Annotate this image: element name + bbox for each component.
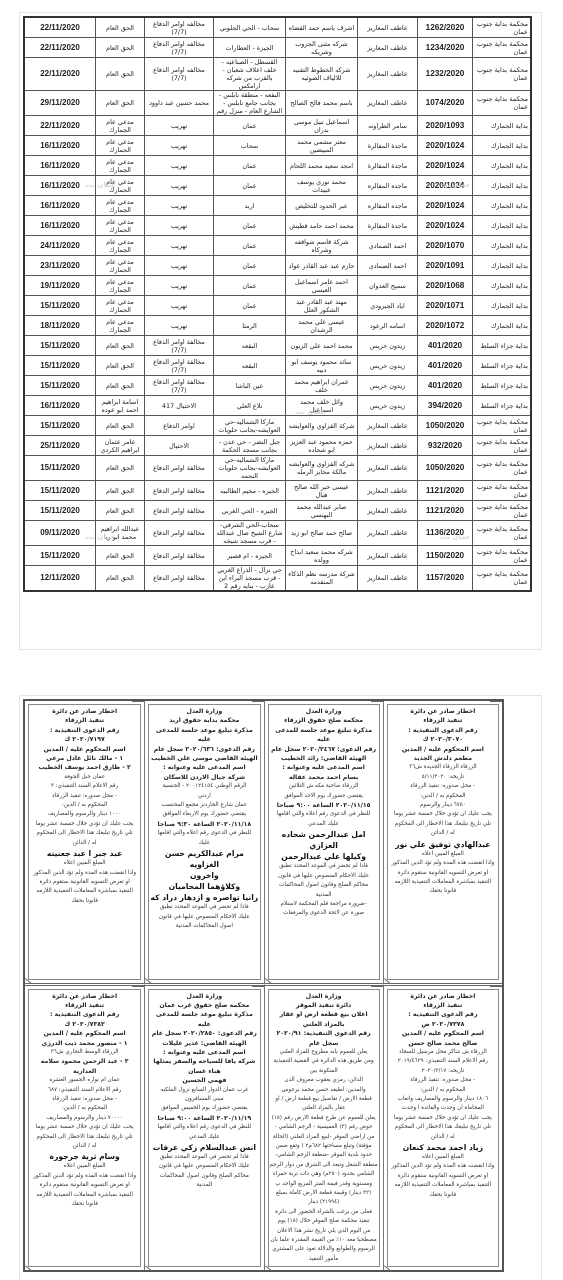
address-cell: البقعه - منطقة نابلس - بجانب جامع نابلس … bbox=[214, 91, 286, 116]
notice-line: عقار بالمزاد العلني bbox=[270, 1104, 378, 1113]
defendant-cell: شركه القزاوي والعوايشه مالكة مخابز الرمل… bbox=[286, 456, 358, 481]
notice-line: قطعة الارض / تفاصيل بيع قطعة ارض / او bbox=[270, 1095, 378, 1104]
notice-line: يجب عليك ان تؤدي خلال خمسة عشر يوما bbox=[30, 820, 139, 829]
case-number-cell: 1157/2020 bbox=[418, 566, 473, 592]
notice-line: اصول المحاكمات المدنية bbox=[150, 922, 258, 931]
notice-line: الزرقاء ش شاكر محل مرسيل للسجاد bbox=[389, 1048, 497, 1057]
plaintiff-cell: الحق العام bbox=[96, 376, 145, 396]
plaintiff-cell: الحق العام bbox=[96, 416, 145, 436]
court-name-cell: بداية جزاء السلط bbox=[473, 376, 532, 396]
table-row: محكمة بداية جنوب عمان1121/2020عاطف المغا… bbox=[24, 481, 531, 501]
folded-corner-icon bbox=[145, 1258, 157, 1270]
watermark: عمان نت bbox=[295, 408, 326, 416]
charge-cell: تهريب bbox=[145, 156, 214, 176]
plaintiff-cell: الحق العام bbox=[96, 17, 145, 38]
defendant-cell: محمد احمد علي الزيون bbox=[286, 336, 358, 356]
notice-line: (٣٢ دينار) وقيمة قطعة الارض كاملة بمبلغ bbox=[270, 1189, 378, 1198]
charge-cell: تهريب bbox=[145, 176, 214, 196]
charge-cell: مخالفة اوامر الدفاع bbox=[145, 521, 214, 546]
court-name-cell: بداية جزاء السلط bbox=[473, 356, 532, 376]
notice-line: ١ - مالك نائل عادل مرعي bbox=[30, 754, 139, 763]
defendant-cell: محمد احمد حامد قطيش bbox=[286, 216, 358, 236]
notice-party-name: عبد جبر ا عبد جعنيته bbox=[30, 848, 139, 859]
legal-notice: اخطار صادر عن دائرةتنفيذ الزرقاءرقم الدع… bbox=[25, 701, 144, 986]
address-cell: البقعه bbox=[214, 336, 286, 356]
notice-line: الهيئة القاضي موسى علي الخطيب bbox=[150, 754, 258, 763]
notice-line: تلي تاريخ تبليغك هذا الاخطار الى المحكوم bbox=[389, 820, 497, 829]
plaintiff-cell: الحق العام bbox=[96, 456, 145, 481]
court-name-cell: بداية الجمارك bbox=[473, 196, 532, 216]
legal-notice: وزارة العدلمحكمة بداية حقوق اربدمذكرة تب… bbox=[144, 701, 263, 986]
legal-notice: اخطار صادر عن دائرةتنفيذ الزرقاءرقم الدع… bbox=[383, 986, 502, 1271]
table-row: محكمة بداية جنوب عمان1050/2020عاطف المغا… bbox=[24, 416, 531, 436]
notice-line: له / الدائن bbox=[30, 839, 139, 848]
judge-cell: عاطف المغاريز bbox=[358, 436, 418, 456]
plaintiff-cell: الحق العام bbox=[96, 91, 145, 116]
legal-notice: وزارة العدلمحكمة صلح حقوق غرب عمانمذكرة … bbox=[144, 986, 263, 1271]
notice-line: قانونا بحقك bbox=[30, 897, 139, 906]
judge-cell: سامر الطراونه bbox=[358, 116, 418, 136]
hearing-date-cell: 16/11/2020 bbox=[24, 136, 96, 156]
judge-cell: ماجده المفالره bbox=[358, 196, 418, 216]
judge-cell: عاطف المغاريز bbox=[358, 481, 418, 501]
notice-line: الزرقاء ضاحية مكه ش الثلاثين bbox=[270, 782, 378, 791]
hearing-date-cell: 12/11/2020 bbox=[24, 566, 96, 592]
notice-line: المدنية bbox=[270, 891, 378, 900]
judge-cell: عاطف المغاريز bbox=[358, 546, 418, 566]
charge-cell: تهريب bbox=[145, 316, 214, 336]
notice-line: تنفيذ الزرقاء bbox=[30, 1001, 139, 1010]
notice-party-name: امل عبدالرحمن شحاده العزازي bbox=[270, 829, 378, 851]
notice-line: شركة جبال الاردن للاسكان bbox=[150, 773, 258, 782]
notice-line: يجب عليك ان تؤدي خلال خمسة عشر يوما bbox=[30, 1123, 139, 1132]
plaintiff-cell: الحق العام bbox=[96, 356, 145, 376]
plaintiff-cell: مدعي عام الجمارك bbox=[96, 316, 145, 336]
notice-line: الهيئة القاضي: رائد الخطيب bbox=[270, 754, 378, 763]
notice-line: الهيئة القاضي: غدير عليلات bbox=[150, 1039, 258, 1048]
defendant-cell: شركة قاسم شواقفه وشركاه bbox=[286, 236, 358, 256]
notice-line: مذكرة تبليغ موعد جلسة للمدعى عليه bbox=[150, 1010, 258, 1029]
notice-line: صورة عن لائحة الدعوى والمرفقات bbox=[270, 909, 378, 918]
case-number-cell: 1150/2020 bbox=[418, 546, 473, 566]
notice-line: ٢٠٢٠/٧١٩٧ ك bbox=[30, 735, 139, 744]
notice-line: المتكونة بين bbox=[270, 1067, 378, 1076]
folded-corner-icon bbox=[265, 1258, 277, 1270]
hearing-date-cell: 29/11/2020 bbox=[24, 91, 96, 116]
notice-line: اسم المحكوم عليه / المدين bbox=[389, 1029, 497, 1038]
plaintiff-cell: الحق العام bbox=[96, 336, 145, 356]
judge-cell: عاطف المغاريز bbox=[358, 58, 418, 91]
court-name-cell: محكمة بداية جنوب عمان bbox=[473, 521, 532, 546]
notice-line: يقتضي حضورك يوم الاحد الموافق bbox=[270, 792, 378, 801]
address-cell: عمان bbox=[214, 236, 286, 256]
notice-line: مذكرة تبليغ موعد جلسة للمدعى عليه bbox=[270, 726, 378, 745]
notice-line: واذا انقضت هذه المدة ولم تؤد الدين المذك… bbox=[389, 859, 497, 868]
notice-line: منطقة الشغل وتبعد الى الشرق من دوار الرج… bbox=[270, 1161, 378, 1170]
defendant-cell: باسم محمد فالح الصالح bbox=[286, 91, 358, 116]
hearing-date-cell: 19/11/2020 bbox=[24, 276, 96, 296]
case-number-cell: 401/2020 bbox=[418, 336, 473, 356]
court-name-cell: محكمة بداية جنوب عمان bbox=[473, 416, 532, 436]
table-row: بداية جزاء السلط401/2020زيدون خريسسائد م… bbox=[24, 356, 531, 376]
judge-cell: اياد الجبرودي bbox=[358, 296, 418, 316]
table-row: بداية الجمارك2020/1024ماجدة المفالرةامجد… bbox=[24, 156, 531, 176]
table-row: بداية الجمارك2020/1068سميح العدواناحمد ع… bbox=[24, 276, 531, 296]
judge-cell: عاطف المغاريز bbox=[358, 501, 418, 521]
notice-line: عمان شارع الجاردنز مجمع المحتسب bbox=[150, 801, 258, 810]
table-row: محكمة بداية جنوب عمان932/2020عاطف المغار… bbox=[24, 436, 531, 456]
legal-notice: اخطار صادر عن دائرةتنفيذ الزرقاءرقم الدع… bbox=[25, 986, 144, 1271]
case-number-cell: 2020/1024 bbox=[418, 216, 473, 236]
address-cell: الجيزه - ام قصير bbox=[214, 546, 286, 566]
notice-line: تنفيذ الزرقاء bbox=[389, 1001, 497, 1010]
plaintiff-cell: عامر عثمان ابراهيم الكردي bbox=[96, 436, 145, 456]
judge-cell: عاطف المغاريز bbox=[358, 456, 418, 481]
hearing-date-cell: 16/11/2020 bbox=[24, 396, 96, 416]
plaintiff-cell: مدعي عام الجمارك bbox=[96, 196, 145, 216]
notice-line: رقم الدعوى: ٢٠٢٠/٢٨٥٠ سجل عام bbox=[150, 1029, 258, 1038]
hearing-date-cell: 24/11/2020 bbox=[24, 236, 96, 256]
notice-line: ٢٠٢٠/٧٣٧٨ ص bbox=[389, 1020, 497, 1029]
charge-cell: مخالفه اوامر الدفاع (7/7) bbox=[145, 17, 214, 38]
defendant-cell: امجد سعيد محمد اللحام bbox=[286, 156, 358, 176]
notice-line: فهمي الحسين bbox=[150, 1076, 258, 1085]
notice-line: تنفيذ الزرقاء bbox=[30, 716, 139, 725]
hearing-date-cell: 22/11/2020 bbox=[24, 17, 96, 38]
address-cell: ماركا الشماليه-حي العوايشه-بجانب حلويات … bbox=[214, 456, 286, 481]
hearing-date-cell: 16/11/2020 bbox=[24, 196, 96, 216]
case-number-cell: 2020/1072 bbox=[418, 316, 473, 336]
notice-party-name: عبدالهادي توفيق علي نور bbox=[389, 839, 497, 850]
notice-line: الشامي بحدود (٢٥٠م) وهي ذات تربة حمراء bbox=[270, 1170, 378, 1179]
notice-line: اسم المحكوم عليه / المدين bbox=[30, 1029, 139, 1038]
hearing-date-cell: 16/11/2020 bbox=[24, 216, 96, 236]
hearing-date-cell: 15/11/2020 bbox=[24, 336, 96, 356]
charge-cell: تهريب bbox=[145, 256, 214, 276]
judge-cell: ماجدة المفالرة bbox=[358, 156, 418, 176]
folded-corner-icon bbox=[384, 971, 396, 983]
notice-line: وزارة العدل bbox=[270, 992, 378, 1001]
judge-cell: سميح العدوان bbox=[358, 276, 418, 296]
plaintiff-cell: مدعي عام الجمارك bbox=[96, 296, 145, 316]
notice-line: من اراضي الموقر -لبيع المزاد العلني (الح… bbox=[270, 1133, 378, 1142]
address-cell: عمان bbox=[214, 176, 286, 196]
address-cell: عمان bbox=[214, 296, 286, 316]
plaintiff-cell: الحق العام bbox=[96, 566, 145, 592]
address-cell: حي نزال - الذراع الغربي - قرب مسجد البرا… bbox=[214, 566, 286, 592]
notice-line: - محل صدوره: تنفيذ الزرقاء bbox=[389, 1076, 497, 1085]
notice-line: وزارة العدل bbox=[150, 992, 258, 1001]
charge-cell: مخالفه اوامر الدفاع (7/7) bbox=[145, 58, 214, 91]
court-cases-table: محكمة بداية جنوب عمان1262/2020عاطف المغا… bbox=[23, 16, 532, 592]
defendant-cell: عيسى علي محمد الرشدان bbox=[286, 316, 358, 336]
notice-line: فاذا لم تحضر في الموعد المحدد تطبق bbox=[150, 1153, 258, 1162]
notice-line: عليك المدعي bbox=[270, 820, 378, 829]
court-name-cell: محكمة بداية جنوب عمان bbox=[473, 456, 532, 481]
case-number-cell: 401/2020 bbox=[418, 356, 473, 376]
notice-line: اخطار صادر عن دائرة bbox=[389, 707, 497, 716]
notice-line: المبلغ المبين اعلاه bbox=[30, 859, 139, 868]
notice-line: حوض رقم (٣) الغميسية - الرجم الشامي - bbox=[270, 1123, 378, 1132]
notice-line: مأمور التنفيذ bbox=[270, 1255, 378, 1264]
notice-line: المحكوم به / الدين: bbox=[389, 1086, 497, 1095]
notice-line: او تعرض التسويه القانونية ستقوم دائرة bbox=[389, 869, 497, 878]
notice-line: التنفيذ بمباشرة المعاملات التنفيذية اللا… bbox=[30, 887, 139, 896]
notice-line: قانونا بحقك bbox=[389, 1191, 497, 1200]
notice-line: صالح محمد صالح حسن bbox=[389, 1039, 497, 1048]
notice-line: رقم الدعوى: ٢٠٢٠/٦٣٦ سجل عام bbox=[150, 745, 258, 754]
case-number-cell: 1050/2020 bbox=[418, 456, 473, 481]
address-cell: سحاب bbox=[214, 136, 286, 156]
folded-corner-icon bbox=[265, 971, 277, 983]
judge-cell: ماجدة المفالرة bbox=[358, 136, 418, 156]
judge-cell: عاطف المغاريز bbox=[358, 521, 418, 546]
case-number-cell: 2020/1091 bbox=[418, 256, 473, 276]
notice-line: -ضرورة مراجعة قلم المحكمة لاستلام bbox=[270, 900, 378, 909]
notice-party-name: وكلاؤهما المحاميان bbox=[150, 881, 258, 892]
hearing-date-cell: 15/11/2020 bbox=[24, 501, 96, 521]
notice-line: الرسوم والطوابع والدلالة تعود على المشتر… bbox=[270, 1245, 378, 1254]
notice-line: واذا انقضت هذه المدة ولم تؤد الدين المذك… bbox=[30, 869, 139, 878]
notice-line: رقم الدعوى التنفيذية : bbox=[30, 726, 139, 735]
charge-cell: مخالفة اوامر الدفاع bbox=[145, 566, 214, 592]
defendant-cell: شركة مدرسه نظم الذكاء المتقدمه bbox=[286, 566, 358, 592]
notice-line: الزرقاء الزرقاء الجديدة ش٣٦ bbox=[389, 763, 497, 772]
notice-line: رقم الدعوى التنفيذية: ٢٠٢٠/٩١ سجل عام bbox=[270, 1029, 378, 1048]
notice-line: رقم الدعوى التنفيذية : bbox=[30, 1010, 139, 1019]
case-number-cell: 2020/1024 bbox=[418, 156, 473, 176]
court-name-cell: بداية الجمارك bbox=[473, 216, 532, 236]
charge-cell: مخالفة اوامر الدفاع bbox=[145, 481, 214, 501]
notice-line: اسم المدعى عليه وعنوانه : bbox=[270, 763, 378, 772]
notice-party-name: زياد احمد محمد كنعان bbox=[389, 1142, 497, 1153]
notice-line: ٢٠٢٠/٣٠٧٠ ك bbox=[389, 735, 497, 744]
notice-line: وزارة العدل bbox=[150, 707, 258, 716]
notice-line: يجب عليك ان تؤدي خلال خمسة عشر يوما bbox=[389, 810, 497, 819]
notice-line: اسم المدعى عليه وعنوانه : bbox=[150, 1048, 258, 1057]
hearing-date-cell: 22/11/2020 bbox=[24, 58, 96, 91]
defendant-cell: معتز مشمي محمد المبيضين bbox=[286, 136, 358, 156]
court-name-cell: بداية الجمارك bbox=[473, 256, 532, 276]
hearing-date-cell: 15/11/2020 bbox=[24, 356, 96, 376]
legal-notice: وزارة العدلمحكمة صلح حقوق الزرقاءمذكرة ت… bbox=[264, 701, 383, 986]
notice-line: والمدين: لطيفه حسن محمد برجوس bbox=[270, 1086, 378, 1095]
judge-cell: زيدون خريس bbox=[358, 356, 418, 376]
defendant-cell: صالح حمد صالح ابو زيد bbox=[286, 521, 358, 546]
notice-line: المحاماة ان وجدت والفائدة ا وجدت bbox=[389, 1104, 497, 1113]
address-cell: البقعه bbox=[214, 356, 286, 376]
notice-line: اردني bbox=[150, 792, 258, 801]
defendant-cell: احمد عامر اسماعيل العيسي bbox=[286, 276, 358, 296]
plaintiff-cell: الحق العام bbox=[96, 481, 145, 501]
case-number-cell: 2020/1093 bbox=[418, 116, 473, 136]
table-row: بداية جزاء السلط394/2020زيدون خريسوائل خ… bbox=[24, 396, 531, 416]
plaintiff-cell: مدعي عام الجمارك bbox=[96, 256, 145, 276]
notice-line: من اليوم الذي يلي تاريخ نشر هذا الاعلان bbox=[270, 1227, 378, 1236]
defendant-cell: عبر الحدود للتخليص bbox=[286, 196, 358, 216]
table-row: بداية الجمارك2020/1024ماجده المفالرهعبر … bbox=[24, 196, 531, 216]
table-row: بداية الجمارك2020/1091احمد الصماديحازم ع… bbox=[24, 256, 531, 276]
notice-line: ٢ - طارق احمد يوسف الخطيب bbox=[30, 763, 139, 772]
defendant-cell: مهند عبد القادر عبد الشكور العلل bbox=[286, 296, 358, 316]
defendant-cell: عمران ابراهيم محمد خلف bbox=[286, 376, 358, 396]
case-number-cell: 1074/2020 bbox=[418, 91, 473, 116]
charge-cell: تهريب bbox=[145, 216, 214, 236]
notice-line: مؤقتة) وتبلغ مساحتها ٦٨٢م٢ ) وتقع ضمن bbox=[270, 1142, 378, 1151]
hearing-date-cell: 16/11/2020 bbox=[24, 156, 96, 176]
judge-cell: ماجده المفالره bbox=[358, 176, 418, 196]
notice-party-name: وكيلها علي عبدالرحمن bbox=[270, 851, 378, 862]
notice-line: (٢١٩٩٤) دينار bbox=[270, 1198, 378, 1207]
address-cell: ماركا الشماليه-حي العوايشه-بجانب حلويات bbox=[214, 416, 286, 436]
hearing-date-cell: 23/11/2020 bbox=[24, 256, 96, 276]
charge-cell: مخالفة اوامر الدفاع (7/7) bbox=[145, 356, 214, 376]
judge-cell: اسامه الرعود bbox=[358, 316, 418, 336]
notice-line: مبنى المسافرون bbox=[150, 1095, 258, 1104]
hearing-date-cell: 15/11/2020 bbox=[24, 456, 96, 481]
folded-corner-icon bbox=[25, 1258, 37, 1270]
table-row: محكمة بداية جنوب عمان1262/2020عاطف المغا… bbox=[24, 17, 531, 38]
notice-line: الزرقاء الوسط التجاري ش٣٦ bbox=[30, 1048, 139, 1057]
watermark: عمان نت bbox=[85, 533, 116, 541]
folded-corner-icon bbox=[132, 701, 144, 714]
address-cell: عين الباشا bbox=[214, 376, 286, 396]
defendant-cell: شركه مثنى الحروب وشريكه bbox=[286, 38, 358, 58]
notice-line: دائرة تنفيذ الموقر bbox=[270, 1001, 378, 1010]
court-table-card: محكمة بداية جنوب عمان1262/2020عاطف المغا… bbox=[19, 12, 542, 650]
notice-line: اعلان بيع قطعة ارض او عقار بالمزاد العلن… bbox=[270, 1010, 378, 1029]
legal-notices-grid: اخطار صادر عن دائرةتنفيذ الزرقاءرقم الدع… bbox=[23, 699, 504, 1272]
legal-notices-card: اخطار صادر عن دائرةتنفيذ الزرقاءرقم الدع… bbox=[19, 695, 542, 1280]
plaintiff-cell: الحق العام bbox=[96, 38, 145, 58]
charge-cell: مخالفة اوامر الدفاع (7/7) bbox=[145, 336, 214, 356]
table-row: محكمة بداية جنوب عمان1121/2020عاطف المغا… bbox=[24, 501, 531, 521]
notice-line: مذكرة تبليغ موعد جلسة للمدعى عليه bbox=[150, 726, 258, 745]
plaintiff-cell: مدعي عام الجمارك bbox=[96, 156, 145, 176]
notice-line: ١٠٠٠ دينار والرسوم والمصاريف bbox=[30, 810, 139, 819]
address-cell: الجيزة - العطارات bbox=[214, 38, 286, 58]
notice-line: محكمة صلح حقوق غرب عمان bbox=[150, 1001, 258, 1010]
charge-cell: تهريب bbox=[145, 236, 214, 256]
notice-line: او تعرض التسويه القانونية ستقوم دائرة bbox=[30, 878, 139, 887]
hearing-date-cell: 15/11/2020 bbox=[24, 416, 96, 436]
table-row: بداية الجمارك2020/1024ماجدة المفالرةمحمد… bbox=[24, 216, 531, 236]
notice-line: - محل صدوره: تنفيذ الزرقاء bbox=[389, 782, 497, 791]
judge-cell: ماجدة المفالرة bbox=[358, 216, 418, 236]
legal-notice: وزارة العدلدائرة تنفيذ الموقراعلان بيع ق… bbox=[264, 986, 383, 1271]
folded-corner-icon bbox=[252, 986, 264, 999]
notice-line: عمان جبل الجوفة bbox=[30, 773, 139, 782]
table-row: بداية جزاء السلط401/2020زيدون خريسعمران … bbox=[24, 376, 531, 396]
address-cell: الجيزه - الحي الغربي bbox=[214, 501, 286, 521]
case-number-cell: 401/2020 bbox=[418, 376, 473, 396]
folded-corner-icon bbox=[384, 1258, 396, 1270]
defendant-cell: اسماعيل نبيل موسى بدران bbox=[286, 116, 358, 136]
hearing-date-cell: 22/11/2020 bbox=[24, 38, 96, 58]
case-number-cell: 1050/2020 bbox=[418, 416, 473, 436]
charge-cell: تهريب bbox=[145, 136, 214, 156]
notice-party-name: مرام عبدالكريم حسن الغزاويه bbox=[150, 848, 258, 870]
notice-line: التنفيذ بمباشرة المعاملات التنفيذية اللا… bbox=[389, 1181, 497, 1190]
court-name-cell: محكمة بداية جنوب عمان bbox=[473, 436, 532, 456]
notice-line: المحكوم به / الدين: bbox=[30, 1104, 139, 1113]
charge-cell: مخالفة اوامر الدفاع bbox=[145, 546, 214, 566]
table-row: محكمة بداية جنوب عمان1232/2020عاطف المغا… bbox=[24, 58, 531, 91]
court-name-cell: بداية الجمارك bbox=[473, 136, 532, 156]
folded-corner-icon bbox=[371, 986, 383, 999]
court-name-cell: بداية الجمارك bbox=[473, 116, 532, 136]
case-number-cell: 2020/1024 bbox=[418, 196, 473, 216]
notice-party-name: انس عبدالسلام زكي عرفات bbox=[150, 1142, 258, 1153]
charge-cell: تهريب bbox=[145, 276, 214, 296]
case-number-cell: 1121/2020 bbox=[418, 481, 473, 501]
hearing-date-cell: 15/11/2020 bbox=[24, 546, 96, 566]
folded-corner-icon bbox=[371, 701, 383, 714]
defendant-cell: شركه محمد سعيد ابداح وولده bbox=[286, 546, 358, 566]
case-number-cell: 394/2020 bbox=[418, 396, 473, 416]
notice-line: عليك الاحكام المنصوص عليها في قانون bbox=[270, 872, 378, 881]
folded-corner-icon bbox=[132, 986, 144, 999]
notice-line: واذا انقضت هذه المدة ولم تؤد الدين المذك… bbox=[389, 1162, 497, 1171]
court-name-cell: محكمة بداية جنوب عمان bbox=[473, 17, 532, 38]
court-name-cell: بداية جزاء السلط bbox=[473, 336, 532, 356]
address-cell: عمان bbox=[214, 156, 286, 176]
court-name-cell: بداية الجمارك bbox=[473, 236, 532, 256]
notice-line: له / الدائن bbox=[389, 829, 497, 838]
plaintiff-cell: الحق العام bbox=[96, 58, 145, 91]
table-row: محكمة بداية جنوب عمان1150/2020عاطف المغا… bbox=[24, 546, 531, 566]
address-cell: جبل النصر - حي عدن - بجانب مسجد الحكمة bbox=[214, 436, 286, 456]
notice-line: او تعرض التسويه القانونية ستقوم دائرة bbox=[389, 1172, 497, 1181]
court-name-cell: بداية الجمارك bbox=[473, 176, 532, 196]
folded-corner-icon bbox=[145, 971, 157, 983]
table-row: بداية الجمارك2020/1072اسامه الرعودعيسى ع… bbox=[24, 316, 531, 336]
address-cell: سحاب - الحي الجلوبي bbox=[214, 17, 286, 38]
judge-cell: زيدون خريس bbox=[358, 336, 418, 356]
notice-line: رقم الدعوى التنفيذية : bbox=[389, 726, 497, 735]
table-row: بداية الجمارك2020/1093سامر الطراونهاسماع… bbox=[24, 116, 531, 136]
charge-cell: الاحتيال bbox=[145, 436, 214, 456]
notice-line: محكمة بداية حقوق اربد bbox=[150, 716, 258, 725]
notice-line: ومستوية وقدر قيمة المتر المربع الواحد ب bbox=[270, 1180, 378, 1189]
case-number-cell: 932/2020 bbox=[418, 436, 473, 456]
notice-line: ٢٠٢٠/١١/١٥ الساعة ٩:٠٠ صباحا bbox=[270, 801, 378, 810]
legal-notice: اخطار صادر عن دائرةتنفيذ الزرقاءرقم الدع… bbox=[383, 701, 502, 986]
court-name-cell: بداية الجمارك bbox=[473, 316, 532, 336]
plaintiff-cell: مدعي عام الجمارك bbox=[96, 236, 145, 256]
hearing-date-cell: 18/11/2020 bbox=[24, 316, 96, 336]
charge-cell: اوامر الدفاع bbox=[145, 416, 214, 436]
court-name-cell: محكمة بداية جنوب عمان bbox=[473, 58, 532, 91]
hearing-date-cell: 25/11/2020 bbox=[24, 436, 96, 456]
court-name-cell: بداية جزاء السلط bbox=[473, 396, 532, 416]
defendant-cell: سائد محمود يوسف ابو دبيه bbox=[286, 356, 358, 376]
notice-line: تلي تاريخ تبليغك هذا الاخطار الى المحكوم bbox=[389, 1123, 497, 1132]
plaintiff-cell: مدعي عام الجمارك bbox=[96, 116, 145, 136]
notice-line: اخطار صادر عن دائرة bbox=[30, 707, 139, 716]
table-row: بداية الجمارك2020/1071اياد الجبروديمهند … bbox=[24, 296, 531, 316]
notice-line: اخطار صادر عن دائرة bbox=[389, 992, 497, 1001]
watermark: عمان نت bbox=[85, 181, 116, 189]
notice-line: فعلى من يرغب بالشراء الحضور الى دائرة bbox=[270, 1208, 378, 1217]
case-number-cell: 1234/2020 bbox=[418, 38, 473, 58]
case-number-cell: 1232/2020 bbox=[418, 58, 473, 91]
folded-corner-icon bbox=[25, 971, 37, 983]
address-cell: تلاع العلي bbox=[214, 396, 286, 416]
address-cell: عمان bbox=[214, 116, 286, 136]
notice-line: ١ - منصور محمد ذيب الدرزي bbox=[30, 1039, 139, 1048]
plaintiff-cell: مدعي عام الجمارك bbox=[96, 276, 145, 296]
